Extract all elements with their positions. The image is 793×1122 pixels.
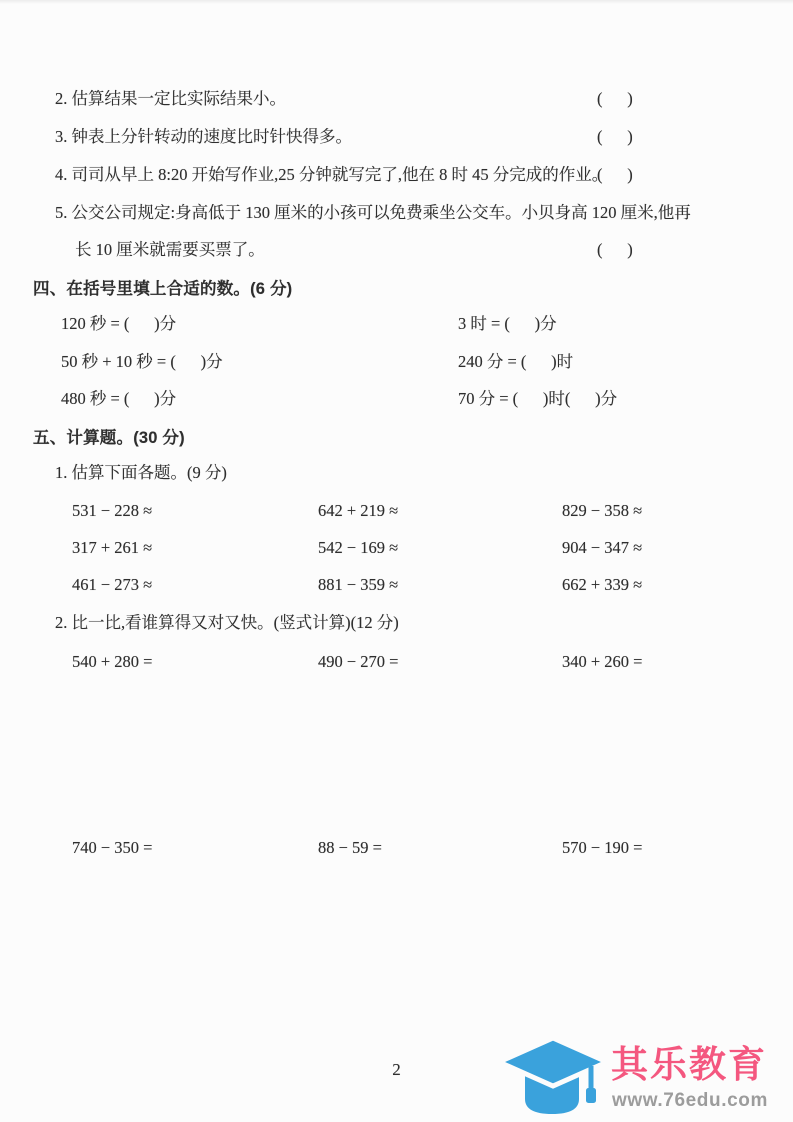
section-four-title: 四、在括号里填上合适的数。(6 分)	[33, 280, 292, 300]
judge-item-text-wrap: 长 10 厘米就需要买票了。	[75, 240, 265, 260]
judge-item-text: 5. 公交公司规定:身高低于 130 厘米的小孩可以免费乘坐公交车。小贝身高 1…	[55, 203, 691, 223]
answer-blank: ( )	[597, 165, 633, 185]
vertical-calc-problem: 740 − 350 =	[72, 838, 153, 858]
vertical-calc-problem: 88 − 59 =	[318, 838, 382, 858]
fill-blank-problem: 3 时 = ( )分	[458, 314, 557, 334]
estimation-problem: 461 − 273 ≈	[72, 575, 152, 595]
judge-item-text: 2. 估算结果一定比实际结果小。	[55, 89, 286, 109]
vertical-calc-problem: 540 + 280 =	[72, 652, 153, 672]
estimation-problem: 542 − 169 ≈	[318, 538, 398, 558]
fill-blank-problem: 240 分 = ( )时	[458, 352, 573, 372]
brand-logo: 其乐教育 www.76edu.com	[498, 1037, 793, 1122]
judge-item-text: 4. 司司从早上 8:20 开始写作业,25 分钟就写完了,他在 8 时 45 …	[55, 165, 608, 185]
fill-blank-problem: 70 分 = ( )时( )分	[458, 389, 617, 409]
estimation-subtitle: 1. 估算下面各题。(9 分)	[55, 463, 227, 483]
estimation-problem: 642 + 219 ≈	[318, 501, 398, 521]
answer-blank: ( )	[597, 127, 633, 147]
fill-blank-problem: 480 秒 = ( )分	[61, 389, 176, 409]
brand-name: 其乐教育	[611, 1045, 793, 1085]
estimation-problem: 904 − 347 ≈	[562, 538, 642, 558]
brand-url: www.76edu.com	[612, 1090, 793, 1112]
section-five-title: 五、计算题。(30 分)	[33, 429, 185, 449]
vertical-calc-problem: 490 − 270 =	[318, 652, 399, 672]
estimation-problem: 531 − 228 ≈	[72, 501, 152, 521]
estimation-problem: 829 − 358 ≈	[562, 501, 642, 521]
vertical-calc-problem: 570 − 190 =	[562, 838, 643, 858]
estimation-problem: 662 + 339 ≈	[562, 575, 642, 595]
graduation-cap-icon	[498, 1037, 608, 1122]
answer-blank: ( )	[597, 89, 633, 109]
estimation-problem: 317 + 261 ≈	[72, 538, 152, 558]
vertical-calc-problem: 340 + 260 =	[562, 652, 643, 672]
judge-item-text: 3. 钟表上分针转动的速度比时针快得多。	[55, 127, 352, 147]
fill-blank-problem: 50 秒 + 10 秒 = ( )分	[61, 352, 223, 372]
worksheet-page: 2. 估算结果一定比实际结果小。 ( ) 3. 钟表上分针转动的速度比时针快得多…	[0, 0, 793, 1122]
answer-blank: ( )	[597, 240, 633, 260]
vertical-calc-subtitle: 2. 比一比,看谁算得又对又快。(竖式计算)(12 分)	[55, 613, 399, 633]
estimation-problem: 881 − 359 ≈	[318, 575, 398, 595]
fill-blank-problem: 120 秒 = ( )分	[61, 314, 176, 334]
